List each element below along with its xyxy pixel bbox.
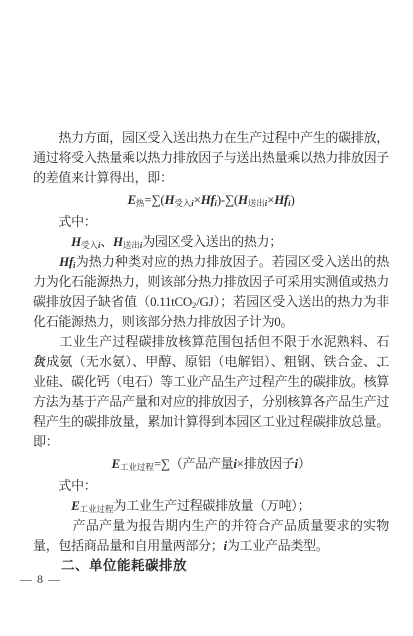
text-line: 即：	[33, 432, 389, 452]
text-segment: 的差值来计算得出，即：	[33, 170, 173, 185]
text-line: 热力方面，园区受入送出热力在生产过程中产生的碳排放，	[33, 128, 389, 148]
math-segment: H	[238, 192, 248, 207]
text-segment	[33, 254, 59, 269]
text-segment: 合成氨（无水氨）、甲醇、原铝（电解铝）、粗钢、铁合金、工	[33, 354, 389, 369]
definition-E-industrial: E工业过程为工业生产过程碳排放量（万吨）；	[33, 496, 389, 516]
text-segment: 为工业产品类型。	[227, 538, 329, 553]
formula-thermal-emission: E热=∑(H受入i×Hfi)-∑(H送出i×Hfi)	[33, 190, 389, 210]
text-segment: 方法为基于产品产量和对应的排放因子，分别核算各产品生产过	[33, 394, 389, 409]
math-segment: 送出	[123, 240, 140, 250]
math-segment: 受入	[81, 240, 98, 250]
text-segment: 程产生的碳排放量，累加计算得到本园区工业过程碳排放总量。	[33, 414, 389, 429]
document-page: 热力方面，园区受入送出热力在生产过程中产生的碳排放，通过将受入热量乘以热力排放因…	[0, 0, 413, 636]
text-segment: 碳排放因子缺省值（0.11tCO	[33, 294, 192, 309]
math-segment: Hf	[274, 192, 288, 207]
text-line: 方法为基于产品产量和对应的排放因子，分别核算各产品生产过	[33, 392, 389, 412]
text-line: 程产生的碳排放量，累加计算得到本园区工业过程碳排放总量。	[33, 412, 389, 432]
math-segment: H	[113, 234, 123, 249]
math-segment: 工业过程	[120, 462, 154, 472]
text-line: 式中：	[33, 212, 389, 232]
formula-industrial-emission: E工业过程=∑（产品产量i×排放因子i）	[33, 454, 389, 474]
text-segment: 、	[100, 234, 113, 249]
formula-line: E工业过程=∑（产品产量i×排放因子i）	[33, 454, 389, 474]
text-segment	[33, 498, 71, 513]
text-segment	[33, 234, 71, 249]
text-line: E工业过程为工业生产过程碳排放量（万吨）；	[33, 496, 389, 516]
label-where-1: 式中：	[33, 212, 389, 232]
math-segment: Hf	[59, 254, 73, 269]
text-segment: =∑(	[144, 192, 164, 207]
text-segment: 为工业生产过程碳排放量（万吨）；	[114, 498, 311, 513]
math-segment: H	[71, 234, 81, 249]
text-line: 化石能源热力，则该部分热力排放因子计为0。	[33, 312, 389, 332]
text-line: H受入i、H送出i为园区受入送出的热力；	[33, 232, 389, 252]
math-segment: 工业过程	[79, 504, 113, 514]
math-segment: Hf	[201, 192, 215, 207]
page-number: — 8 —	[20, 572, 61, 587]
text-segment: 力为化石能源热力，则该部分热力排放因子可采用实测值或热力	[33, 274, 389, 289]
text-line: 式中：	[33, 476, 389, 496]
math-segment: H	[164, 192, 174, 207]
text-segment: 为热力种类对应的热力排放因子。若园区受入送出的热	[75, 254, 389, 269]
text-segment: 即：	[33, 434, 58, 449]
text-segment: )	[290, 192, 294, 207]
text-segment: 式中：	[33, 214, 97, 229]
text-segment: 二、单位能耗碳排放	[33, 558, 187, 573]
text-segment: 量，包括商品量和自用量两部分；	[33, 538, 224, 553]
text-segment: )-∑(	[217, 192, 238, 207]
text-line: 量，包括商品量和自用量两部分；i为工业产品类型。	[33, 536, 389, 556]
text-segment: 产品产量为报告期内生产的并符合产品质量要求的实物	[33, 518, 389, 533]
para-industrial-process: 工业生产过程碳排放核算范围包括但不限于水泥熟料、石灰、合成氨（无水氨）、甲醇、原…	[33, 332, 389, 452]
para-product-output: 产品产量为报告期内生产的并符合产品质量要求的实物量，包括商品量和自用量两部分；i…	[33, 516, 389, 556]
para-thermal-intro: 热力方面，园区受入送出热力在生产过程中产生的碳排放，通过将受入热量乘以热力排放因…	[33, 128, 389, 188]
text-segment: =∑（产品产量	[154, 456, 234, 471]
text-line: 合成氨（无水氨）、甲醇、原铝（电解铝）、粗钢、铁合金、工	[33, 352, 389, 372]
text-line: 通过将受入热量乘以热力排放因子与送出热量乘以热力排放因子	[33, 148, 389, 168]
text-line: 的差值来计算得出，即：	[33, 168, 389, 188]
math-segment: E	[111, 456, 119, 471]
text-segment: 式中：	[33, 478, 97, 493]
text-line: 产品产量为报告期内生产的并符合产品质量要求的实物	[33, 516, 389, 536]
text-line: 二、单位能耗碳排放	[33, 556, 389, 576]
text-line: 业硅、碳化钙（电石）等工业产品生产过程产生的碳排放。核算	[33, 372, 389, 392]
formula-line: E热=∑(H受入i×Hfi)-∑(H送出i×Hfi)	[33, 190, 389, 210]
document-body: 热力方面，园区受入送出热力在生产过程中产生的碳排放，通过将受入热量乘以热力排放因…	[33, 128, 389, 576]
text-line: 工业生产过程碳排放核算范围包括但不限于水泥熟料、石灰、	[33, 332, 389, 352]
math-segment: 受入	[174, 198, 191, 208]
math-segment: E	[128, 192, 136, 207]
text-segment: /GJ）；若园区受入送出的热力为非	[196, 294, 389, 309]
text-segment: ×排放因子	[237, 456, 295, 471]
math-segment: 送出	[248, 198, 265, 208]
heading-section-2: 二、单位能耗碳排放	[33, 556, 389, 576]
text-segment: ×	[194, 192, 201, 207]
text-segment: 通过将受入热量乘以热力排放因子与送出热量乘以热力排放因子	[33, 150, 389, 165]
text-segment: ）	[298, 456, 311, 471]
definition-H-terms: H受入i、H送出i为园区受入送出的热力；	[33, 232, 389, 252]
text-segment: 为园区受入送出的热力；	[142, 234, 282, 249]
text-segment: 业硅、碳化钙（电石）等工业产品生产过程产生的碳排放。核算	[33, 374, 389, 389]
text-line: Hfi为热力种类对应的热力排放因子。若园区受入送出的热	[33, 252, 389, 272]
text-segment: 热力方面，园区受入送出热力在生产过程中产生的碳排放，	[33, 130, 389, 145]
label-where-2: 式中：	[33, 476, 389, 496]
para-Hf-definition: Hfi为热力种类对应的热力排放因子。若园区受入送出的热力为化石能源热力，则该部分…	[33, 252, 389, 332]
text-segment: 化石能源热力，则该部分热力排放因子计为0。	[33, 314, 293, 329]
text-line: 力为化石能源热力，则该部分热力排放因子可采用实测值或热力	[33, 272, 389, 292]
text-line: 碳排放因子缺省值（0.11tCO2/GJ）；若园区受入送出的热力为非	[33, 292, 389, 312]
